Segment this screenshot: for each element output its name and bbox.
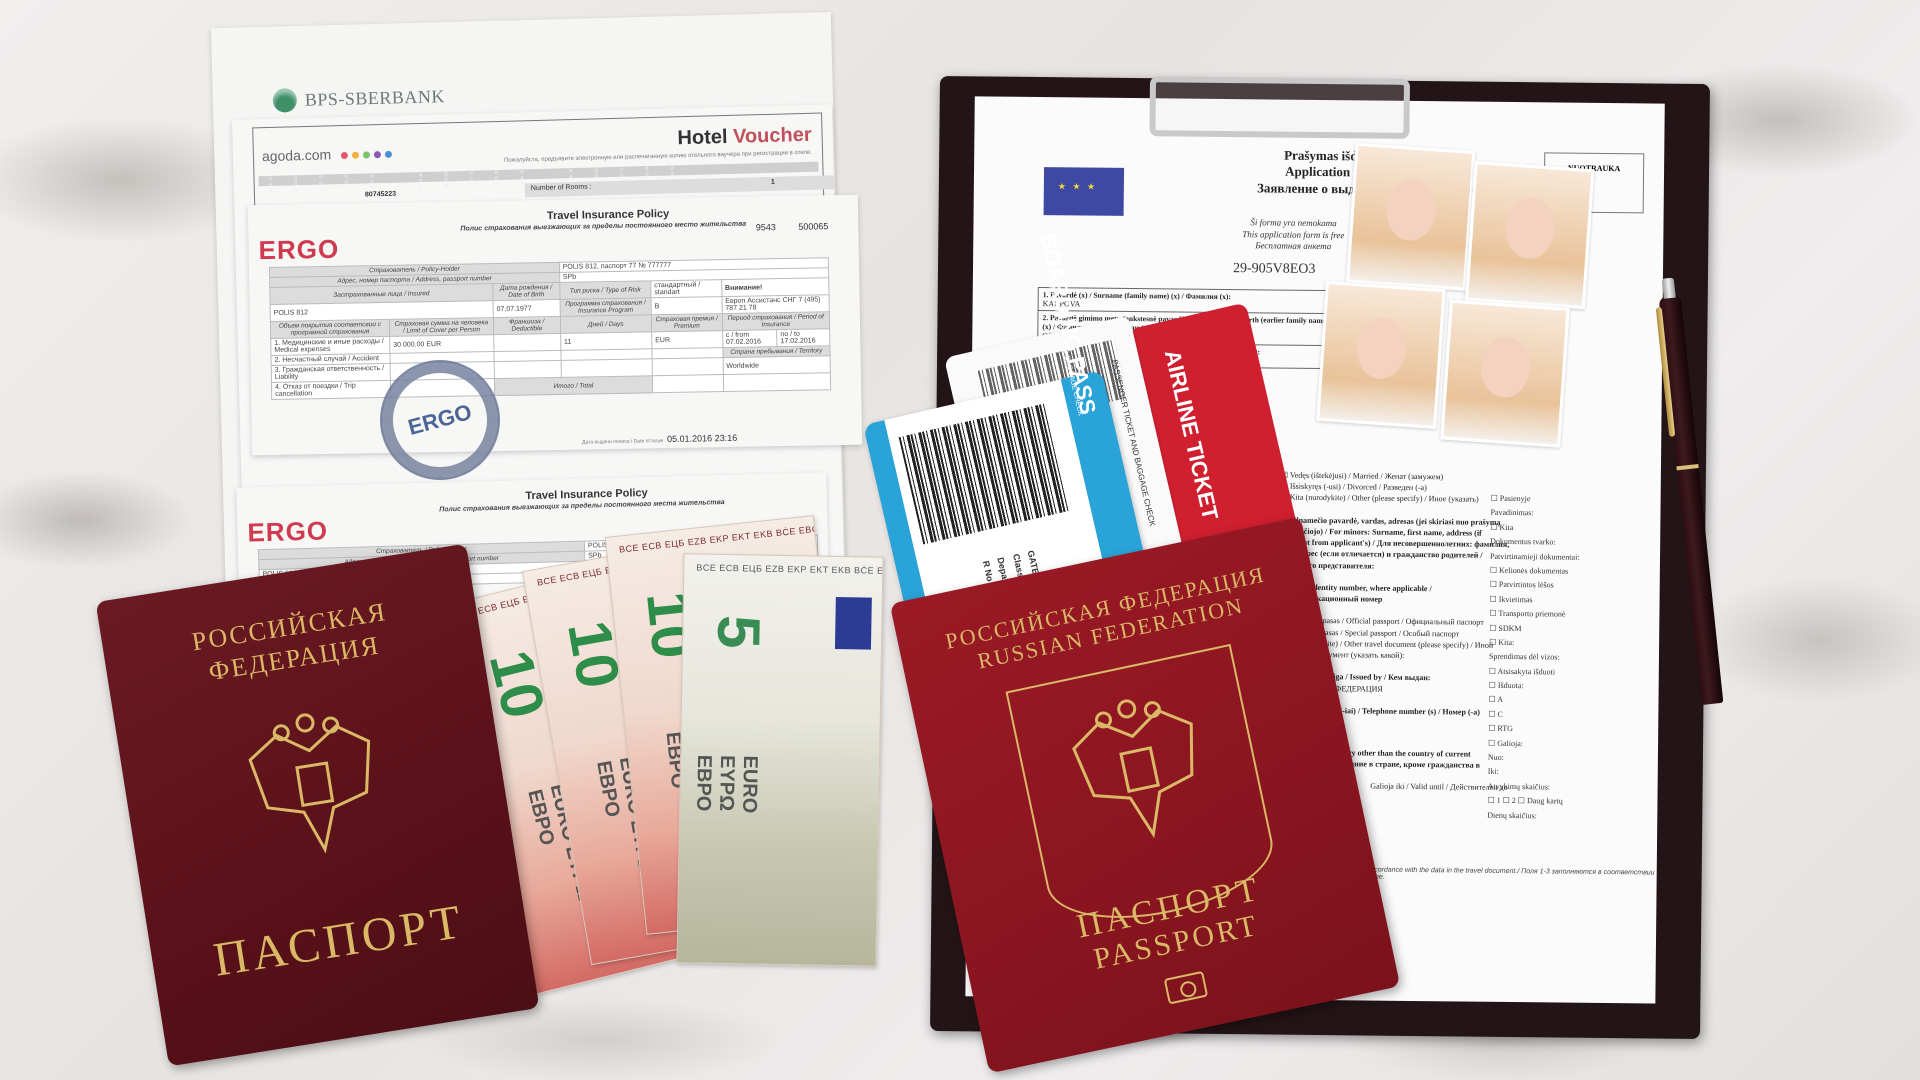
bank-logo: BPS-SBERBANK xyxy=(273,84,446,112)
eu-flag-icon xyxy=(835,597,872,650)
booking-id: 80745223 xyxy=(365,191,396,199)
agoda-brand: agoda.com xyxy=(262,146,332,164)
photo-portrait xyxy=(1465,161,1594,309)
voucher-title: Hotel Voucher xyxy=(677,124,812,151)
field-surname: 1. Pavardė (x) / Surname (family name) (… xyxy=(1038,287,1338,314)
ergo-logo-2: ERGO xyxy=(247,515,328,548)
clipboard-clip xyxy=(1149,76,1410,139)
photo-portrait xyxy=(1346,143,1475,291)
form-code: 29-905V8EO3 xyxy=(1233,261,1316,278)
photo-portrait xyxy=(1316,281,1445,429)
minors-label: Nepilnamečio pavardė, vardas, adresas (j… xyxy=(1280,514,1511,572)
double-headed-eagle-icon xyxy=(234,700,396,870)
insurance-policy-1: ERGO Travel Insurance Policy Полис страх… xyxy=(248,195,862,456)
agoda-logo: agoda.com xyxy=(262,145,393,164)
issue-date: Дата выдачи полиса / Date of Issue05.01.… xyxy=(582,433,737,446)
marital-other-checkbox: Kita (nurodykite) / Other (please specif… xyxy=(1281,492,1511,506)
photo-portrait xyxy=(1440,300,1569,448)
banknote-5-euro: BCE ECB ЕЦБ EZB EKP EKT EKB BĊE EBC 2013… xyxy=(676,553,883,966)
ergo-logo: ERGO xyxy=(258,234,339,266)
office-use-column: Pasienyje Pavadinimas: Kita Dokumentus t… xyxy=(1487,492,1630,824)
policy-number: 9543 500065 xyxy=(756,221,829,232)
voucher-subtitle: Пожалуйста, предъявите электронную или р… xyxy=(504,150,812,164)
internal-passport: РОССИЙСКАЯ ФЕДЕРАЦИЯ ПАСПОРТ xyxy=(96,544,540,1067)
biometric-chip-icon xyxy=(1164,971,1209,1005)
bank-brand: BPS-SBERBANK xyxy=(305,86,446,111)
policy-table: Страхователь / Policy-HolderPOLIS 812, п… xyxy=(269,257,831,400)
eu-flag-icon xyxy=(1044,167,1124,216)
agoda-dots-icon xyxy=(341,151,392,159)
passport-title: ПАСПОРТ xyxy=(150,884,529,997)
passport-photos xyxy=(1315,141,1595,458)
sberbank-logo-icon xyxy=(273,88,298,113)
pen-band xyxy=(1676,464,1698,470)
barcode xyxy=(899,404,1070,545)
